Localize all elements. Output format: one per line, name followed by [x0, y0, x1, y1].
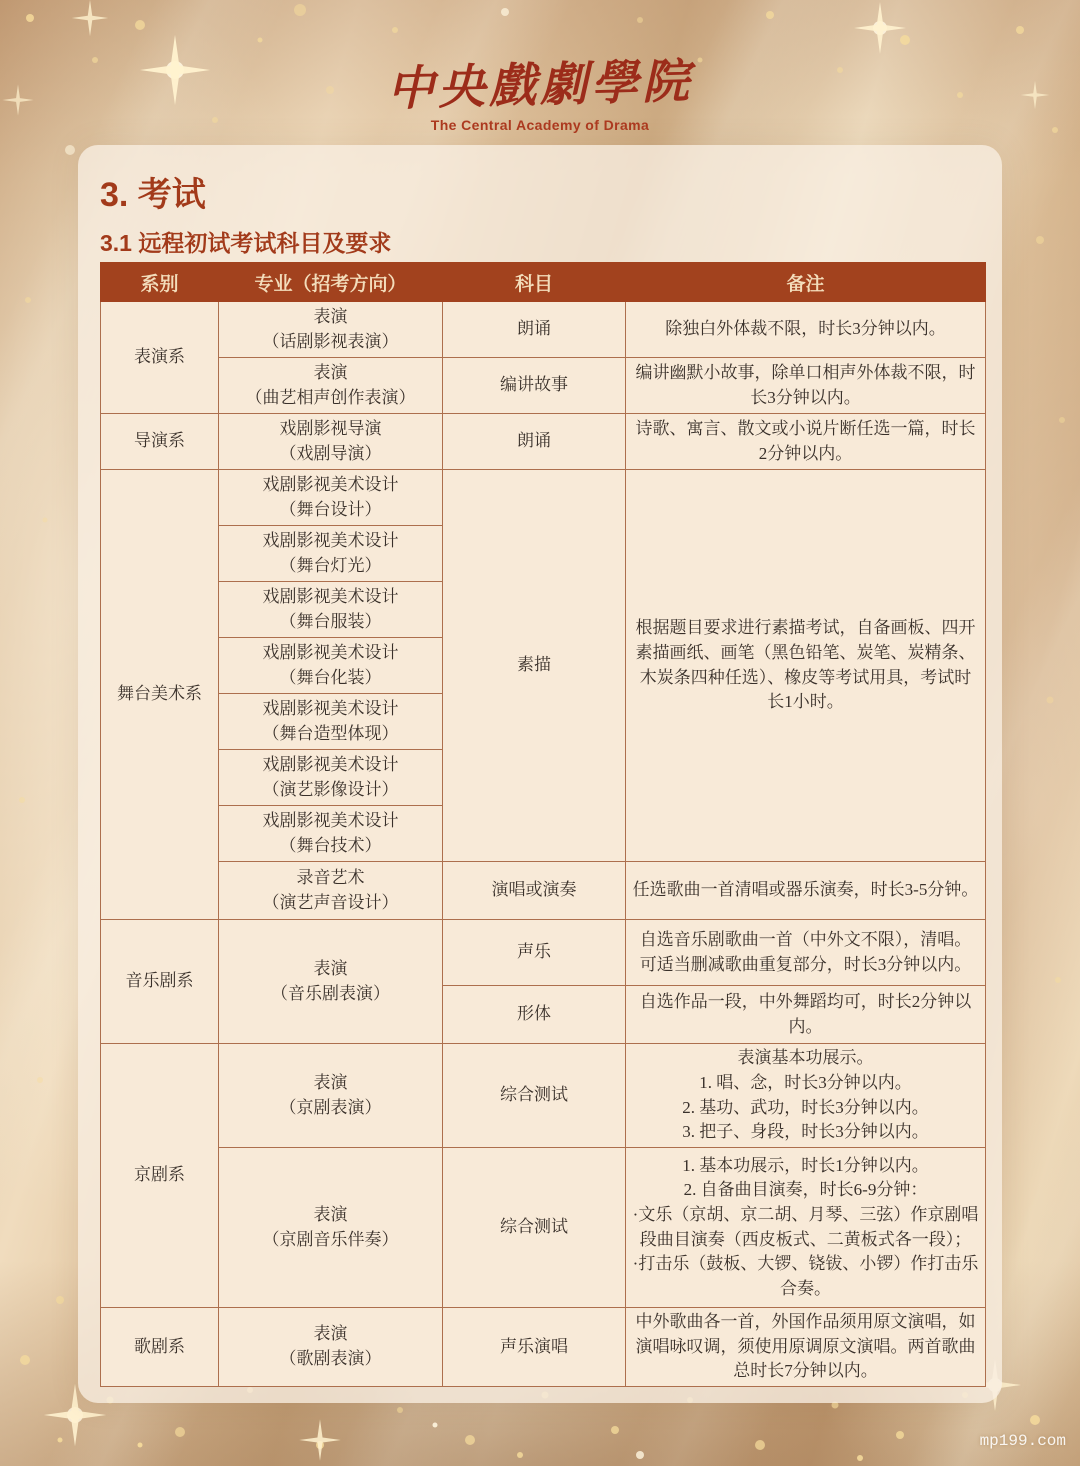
dept-cell: 音乐剧系 [101, 920, 219, 1044]
dept-cell: 导演系 [101, 414, 219, 470]
subject-cell: 素描 [443, 470, 626, 862]
note-cell: 编讲幽默小故事，除单口相声外体裁不限，时长3分钟以内。 [626, 358, 986, 414]
dept-cell: 京剧系 [101, 1044, 219, 1308]
subject-cell: 形体 [443, 986, 626, 1044]
header-subject: 科目 [443, 263, 626, 302]
major-cell: 表演 （曲艺相声创作表演） [219, 358, 443, 414]
subject-cell: 朗诵 [443, 414, 626, 470]
major-cell: 戏剧影视美术设计 （舞台服装） [219, 582, 443, 638]
major-cell: 表演 （音乐剧表演） [219, 920, 443, 1044]
major-cell: 戏剧影视美术设计 （舞台造型体现） [219, 694, 443, 750]
major-cell: 戏剧影视美术设计 （演艺影像设计） [219, 750, 443, 806]
section-subtitle: 3.1 远程初试考试科目及要求 [100, 225, 391, 258]
major-cell: 戏剧影视美术设计 （舞台灯光） [219, 526, 443, 582]
note-cell: 表演基本功展示。 1. 唱、念，时长3分钟以内。 2. 基功、武功，时长3分钟以… [626, 1044, 986, 1148]
dept-cell: 舞台美术系 [101, 470, 219, 920]
dept-cell: 歌剧系 [101, 1308, 219, 1387]
note-cell: 除独白外体裁不限，时长3分钟以内。 [626, 302, 986, 358]
academy-logo-chinese: 中央戲劇學院 [386, 44, 694, 119]
subject-cell: 综合测试 [443, 1044, 626, 1148]
subject-cell: 编讲故事 [443, 358, 626, 414]
academy-logo: 中央戲劇學院 The Central Academy of Drama [0, 48, 1080, 133]
major-cell: 录音艺术 （演艺声音设计） [219, 862, 443, 920]
table-row: 舞台美术系 戏剧影视美术设计 （舞台设计） 素描 根据题目要求进行素描考试，自备… [101, 470, 986, 526]
table-row: 导演系 戏剧影视导演 （戏剧导演） 朗诵 诗歌、寓言、散文或小说片断任选一篇，时… [101, 414, 986, 470]
note-cell: 诗歌、寓言、散文或小说片断任选一篇，时长2分钟以内。 [626, 414, 986, 470]
table-row: 京剧系 表演 （京剧表演） 综合测试 表演基本功展示。 1. 唱、念，时长3分钟… [101, 1044, 986, 1148]
subject-cell: 声乐 [443, 920, 626, 986]
major-cell: 表演 （京剧表演） [219, 1044, 443, 1148]
subject-cell: 综合测试 [443, 1148, 626, 1308]
table-row: 录音艺术 （演艺声音设计） 演唱或演奏 任选歌曲一首清唱或器乐演奏，时长3-5分… [101, 862, 986, 920]
note-cell: 根据题目要求进行素描考试，自备画板、四开素描画纸、画笔（黑色铅笔、炭笔、炭精条、… [626, 470, 986, 862]
major-cell: 戏剧影视美术设计 （舞台设计） [219, 470, 443, 526]
subject-cell: 声乐演唱 [443, 1308, 626, 1387]
table-row: 音乐剧系 表演 （音乐剧表演） 声乐 自选音乐剧歌曲一首（中外文不限），清唱。可… [101, 920, 986, 986]
subject-cell: 朗诵 [443, 302, 626, 358]
note-cell: 任选歌曲一首清唱或器乐演奏，时长3-5分钟。 [626, 862, 986, 920]
table-header-row: 系别 专业（招考方向） 科目 备注 [101, 263, 986, 302]
table-row: 表演 （曲艺相声创作表演） 编讲故事 编讲幽默小故事，除单口相声外体裁不限，时长… [101, 358, 986, 414]
major-cell: 表演 （京剧音乐伴奏） [219, 1148, 443, 1308]
academy-logo-english: The Central Academy of Drama [0, 117, 1080, 133]
note-cell: 1. 基本功展示，时长1分钟以内。 2. 自备曲目演奏，时长6-9分钟： ·文乐… [626, 1148, 986, 1308]
exam-subjects-table: 系别 专业（招考方向） 科目 备注 表演系 表演 （话剧影视表演） 朗诵 除独白… [100, 262, 986, 1387]
major-cell: 表演 （歌剧表演） [219, 1308, 443, 1387]
table-row: 表演系 表演 （话剧影视表演） 朗诵 除独白外体裁不限，时长3分钟以内。 [101, 302, 986, 358]
dept-cell: 表演系 [101, 302, 219, 414]
major-cell: 表演 （话剧影视表演） [219, 302, 443, 358]
content-panel: 3. 考试 3.1 远程初试考试科目及要求 系别 专业（招考方向） 科目 备注 … [78, 145, 1002, 1403]
note-cell: 自选音乐剧歌曲一首（中外文不限），清唱。可适当删减歌曲重复部分，时长3分钟以内。 [626, 920, 986, 986]
table-row: 表演 （京剧音乐伴奏） 综合测试 1. 基本功展示，时长1分钟以内。 2. 自备… [101, 1148, 986, 1308]
header-department: 系别 [101, 263, 219, 302]
header-major: 专业（招考方向） [219, 263, 443, 302]
section-title: 3. 考试 [100, 167, 206, 216]
header-remarks: 备注 [626, 263, 986, 302]
major-cell: 戏剧影视导演 （戏剧导演） [219, 414, 443, 470]
major-cell: 戏剧影视美术设计 （舞台技术） [219, 806, 443, 862]
major-cell: 戏剧影视美术设计 （舞台化装） [219, 638, 443, 694]
note-cell: 中外歌曲各一首，外国作品须用原文演唱，如演唱咏叹调，须使用原调原文演唱。两首歌曲… [626, 1308, 986, 1387]
note-cell: 自选作品一段，中外舞蹈均可，时长2分钟以内。 [626, 986, 986, 1044]
subject-cell: 演唱或演奏 [443, 862, 626, 920]
table-row: 歌剧系 表演 （歌剧表演） 声乐演唱 中外歌曲各一首，外国作品须用原文演唱，如演… [101, 1308, 986, 1387]
watermark: mp199.com [980, 1432, 1066, 1450]
